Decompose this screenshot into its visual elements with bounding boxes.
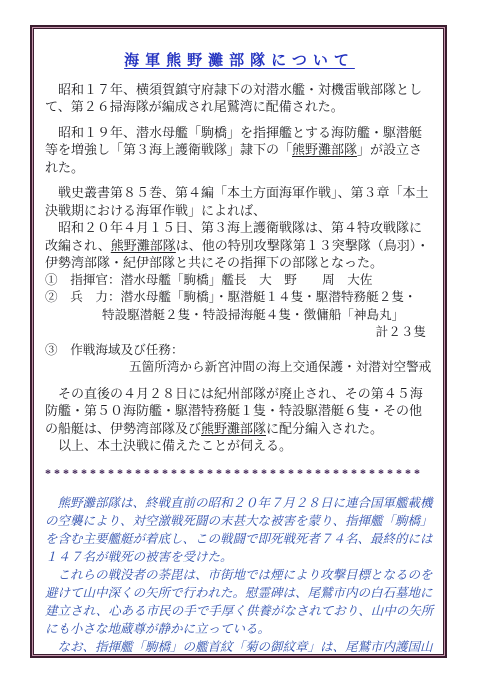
text-segment: に配分編入された。 (266, 421, 383, 436)
paragraph-reorganization-1945: 昭和２０年４月１５日、第３海上護衛戦隊は、第４特攻戦隊に改編され、熊野灘部隊は、… (45, 219, 434, 272)
closing-gassho: 合掌 (399, 656, 434, 658)
document-page: 海軍熊野灘部隊について 昭和１７年、横須賀鎮守府隷下の対潜水艦・対機雷戦部隊とし… (0, 0, 480, 688)
numbered-list: ① 指揮官：潜水母艦「駒橋」艦長 大 野 周 大佐 ② 兵 力：潜水母艦「駒橋」… (45, 272, 434, 377)
list-item-forces-line-1: ② 兵 力：潜水母艦「駒橋」・駆潜艇１４隻・駆潜特務艇２隻・ (45, 289, 434, 307)
unit-name-underlined: 熊野灘部隊 (201, 421, 266, 436)
unit-name-underlined: 熊野灘部隊 (111, 238, 176, 253)
list-item-forces-line-2: 特設駆潜艇２隻・特設掃海艇４隻・徴傭船「神島丸」 (45, 307, 434, 325)
list-item-commander: ① 指揮官：潜水母艦「駒橋」艦長 大 野 周 大佐 (45, 272, 434, 290)
paragraph-conclusion: 以上、本土決戦に備えたことが伺える。 (45, 437, 434, 455)
paragraph-kishu-abolition: その直後の４月２８日には紀州部隊が廃止され、その第４５海防艦・第５０海防艦・駆潜… (45, 385, 434, 438)
document-content: 海軍熊野灘部隊について 昭和１７年、横須賀鎮守府隷下の対潜水艦・対機雷戦部隊とし… (30, 25, 447, 658)
document-title: 海軍熊野灘部隊について (45, 52, 434, 70)
paragraph-war-history-reference: 戦史叢書第８５巻、第４編「本土方面海軍作戦」、第３章「本土決戦期における海軍作戦… (45, 184, 434, 219)
memorial-paragraph-air-raid: 熊野灘部隊は、終戦直前の昭和２０年７月２８日に連合国軍艦載機の空襲により、対空激… (45, 494, 434, 566)
list-item-forces-total: 計２３隻 (45, 324, 434, 342)
memorial-paragraph-cremation: これらの戦没者の荼毘は、市街地では煙により攻撃目標となるのを避けて山中深くの矢所… (45, 566, 434, 638)
memorial-paragraph-bow-crest: なお、指揮艦「駒橋」の艦首紋「菊の御紋章」は、尾鷲市内護国山金剛寺で大切に保存さ… (45, 638, 434, 658)
document-border-frame: 海軍熊野灘部隊について 昭和１７年、横須賀鎮守府隷下の対潜水艦・対機雷戦部隊とし… (30, 25, 447, 658)
paragraph-establishment-1944: 昭和１９年、潜水母艦「駒橋」を指揮艦とする海防艦・駆潜艇等を増強し「第３海上護衛… (45, 124, 434, 177)
list-item-mission-heading: ③ 作戦海域及び任務： (45, 342, 434, 360)
text-segment: なお、指揮艦「駒橋」の艦首紋「菊の御紋章」は、尾鷲市内護国山金剛寺で大切に保存さ… (45, 640, 433, 658)
list-item-mission-detail: 五箇所湾から新宮沖間の海上交通保護・対潜対空警戒 (45, 359, 434, 377)
memorial-section: 熊野灘部隊は、終戦直前の昭和２０年７月２８日に連合国軍艦載機の空襲により、対空激… (45, 494, 434, 658)
paragraph-formation-1942: 昭和１７年、横須賀鎮守府隷下の対潜水艦・対機雷戦部隊として、第２６掃海隊が編成さ… (45, 81, 434, 116)
unit-name-underlined: 熊野灘部隊 (292, 142, 357, 157)
asterisk-separator: * * * * * * * * * * * * * * * * * * * * … (45, 465, 434, 483)
